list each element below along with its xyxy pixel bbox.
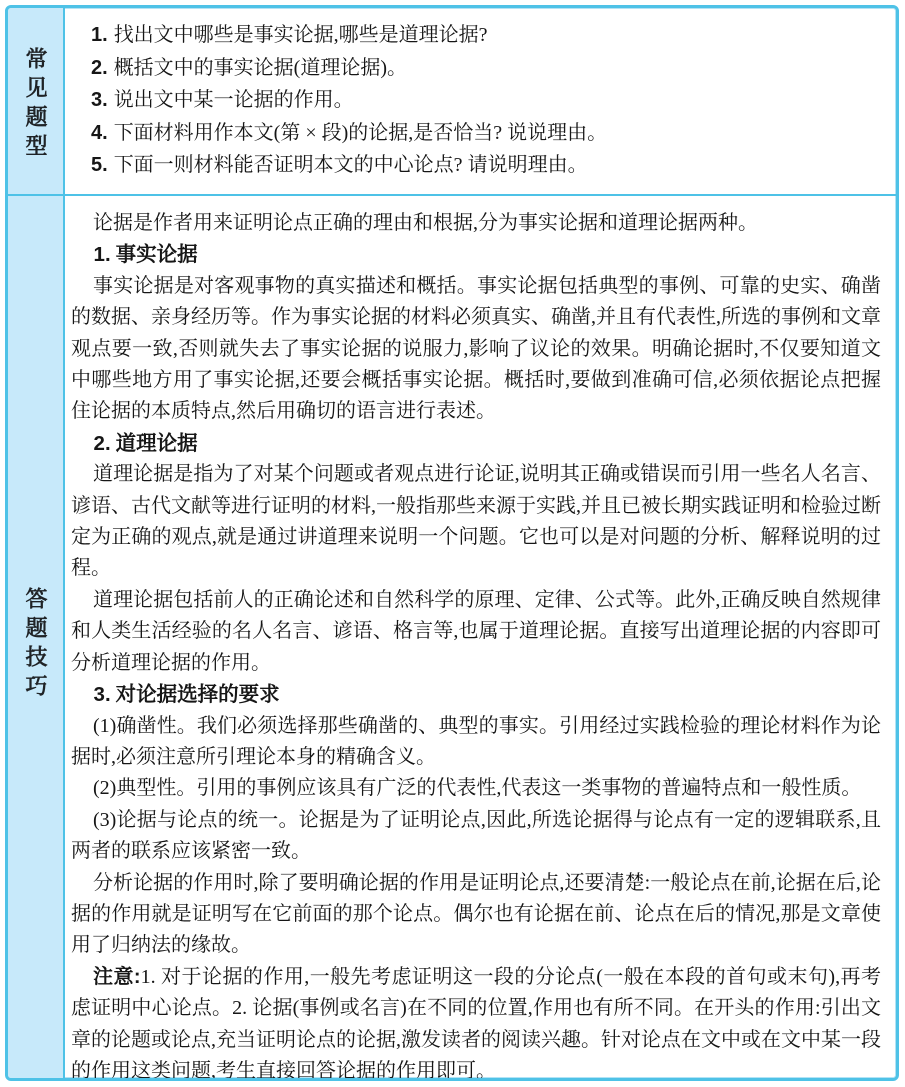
question-text: 说出文中某一论据的作用。 — [114, 89, 354, 111]
heading-fact-evidence: 1.事实论据 — [71, 239, 881, 270]
requirement-typicality: (2)典型性。引用的事例应该具有广泛的代表性,代表这一类事物的普遍特点和一般性质… — [71, 773, 881, 804]
question-types-content: 1.找出文中哪些是事实论据,哪些是道理论据? 2.概括文中的事实论据(道理论据)… — [65, 8, 896, 196]
question-text: 下面材料用作本文(第 × 段)的论据,是否恰当? 说说理由。 — [114, 122, 607, 144]
question-number: 3. — [91, 89, 108, 111]
heading-number: 2. — [94, 432, 111, 455]
heading-title: 道理论据 — [116, 432, 198, 455]
question-number: 4. — [91, 122, 108, 144]
heading-evidence-selection: 3.对论据选择的要求 — [71, 679, 881, 710]
reason-evidence-paragraph-1: 道理论据是指为了对某个问题或者观点进行论证,说明其正确或错误而引用一些名人名言、… — [71, 459, 881, 585]
requirement-unity: (3)论据与论点的统一。论据是为了证明论点,因此,所选论据得与论点有一定的逻辑联… — [71, 805, 881, 868]
question-item: 4.下面材料用作本文(第 × 段)的论据,是否恰当? 说说理由。 — [91, 117, 872, 150]
heading-title: 事实论据 — [116, 243, 198, 266]
heading-reason-evidence: 2.道理论据 — [71, 428, 881, 459]
question-number: 5. — [91, 154, 108, 176]
row-header-answer-skills: 答题技巧 — [8, 196, 65, 1081]
reason-evidence-paragraph-2: 道理论据包括前人的正确论述和自然科学的原理、定律、公式等。此外,正确反映自然规律… — [71, 585, 881, 679]
intro-paragraph: 论据是作者用来证明论点正确的理由和根据,分为事实论据和道理论据两种。 — [71, 208, 881, 239]
question-item: 5.下面一则材料能否证明本文的中心论点? 请说明理由。 — [91, 149, 872, 182]
question-text: 下面一则材料能否证明本文的中心论点? 请说明理由。 — [114, 154, 588, 176]
heading-title: 对论据选择的要求 — [116, 683, 280, 706]
question-item: 1.找出文中哪些是事实论据,哪些是道理论据? — [91, 19, 872, 52]
fact-evidence-paragraph: 事实论据是对客观事物的真实描述和概括。事实论据包括典型的事例、可靠的史实、确凿的… — [71, 271, 881, 428]
heading-number: 1. — [94, 243, 111, 266]
question-text: 概括文中的事实论据(道理论据)。 — [114, 57, 407, 79]
note-lead: 注意: — [93, 966, 141, 988]
question-number: 1. — [91, 24, 108, 46]
row-header-question-types: 常见题型 — [8, 8, 65, 196]
analysis-paragraph: 分析论据的作用时,除了要明确论据的作用是证明论点,还要清楚:一般论点在前,论据在… — [71, 868, 881, 962]
question-item: 3.说出文中某一论据的作用。 — [91, 84, 872, 117]
answer-skills-content: 论据是作者用来证明论点正确的理由和根据,分为事实论据和道理论据两种。 1.事实论… — [65, 196, 896, 1081]
note-text: 1. 对于论据的作用,一般先考虑证明这一段的分论点(一般在本段的首句或末句),再… — [71, 966, 881, 1081]
requirement-accuracy: (1)确凿性。我们必须选择那些确凿的、典型的事实。引用经过实践检验的理论材料作为… — [71, 711, 881, 774]
question-types-label: 常见题型 — [20, 40, 51, 163]
heading-number: 3. — [94, 683, 111, 706]
study-guide-table: 常见题型 1.找出文中哪些是事实论据,哪些是道理论据? 2.概括文中的事实论据(… — [5, 5, 899, 1081]
question-number: 2. — [91, 57, 108, 79]
answer-skills-label: 答题技巧 — [20, 580, 51, 703]
question-item: 2.概括文中的事实论据(道理论据)。 — [91, 52, 872, 85]
question-text: 找出文中哪些是事实论据,哪些是道理论据? — [114, 24, 488, 46]
note-paragraph: 注意:1. 对于论据的作用,一般先考虑证明这一段的分论点(一般在本段的首句或末句… — [71, 962, 881, 1081]
